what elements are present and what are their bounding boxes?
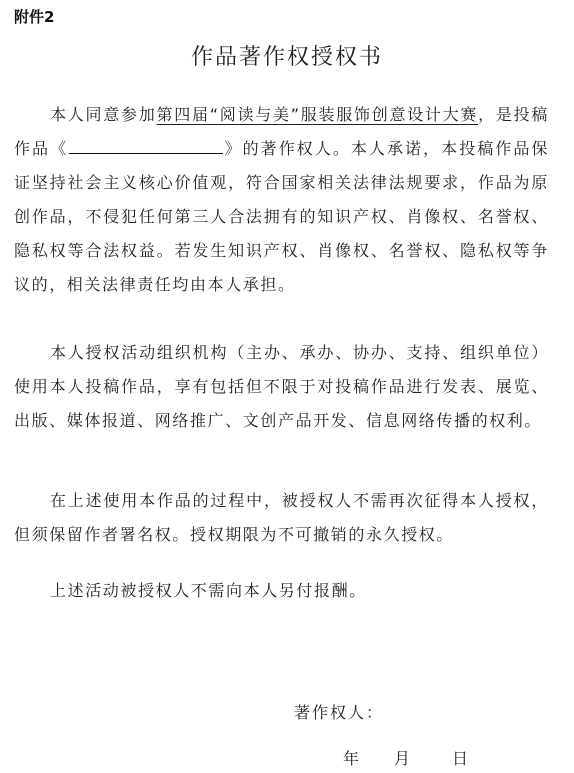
date-month-label: 月 (394, 746, 410, 769)
copyright-holder-signature-label: 著作权人： (294, 700, 384, 723)
attachment-label: 附件2 (14, 6, 54, 27)
event-name: 第四届“阅读与美”服装服饰创意设计大赛 (156, 105, 478, 124)
paragraph-2: 本人授权活动组织机构（主办、承办、协办、支持、组织单位）使用本人投稿作品，享有包… (14, 336, 549, 438)
date-year-label: 年 (343, 746, 359, 769)
document-title: 作品著作权授权书 (0, 40, 574, 71)
p1-suffix: 》的著作权人。本人承诺，本投稿作品保证坚持社会主义核心价值观，符合国家相关法律法… (14, 139, 549, 294)
paragraph-4: 上述活动被授权人不需向本人另付报酬。 (14, 574, 549, 608)
p1-prefix: 本人同意参加 (50, 105, 156, 124)
date-day-label: 日 (452, 746, 468, 769)
paragraph-3: 在上述使用本作品的过程中，被授权人不需再次征得本人授权，但须保留作者署名权。授权… (14, 484, 549, 552)
work-title-blank[interactable] (69, 135, 223, 154)
paragraph-1: 本人同意参加第四届“阅读与美”服装服饰创意设计大赛，是投稿作品《》的著作权人。本… (14, 98, 549, 302)
